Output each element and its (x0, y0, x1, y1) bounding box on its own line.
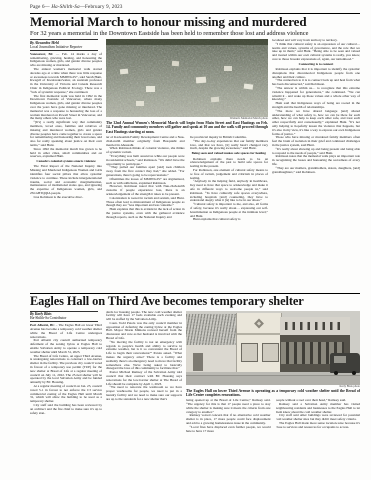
paragraph: Hunt explains that this is evident in th… (106, 208, 185, 219)
article1-column-1: By Alexandra Mehl Local Journalism Initi… (30, 39, 102, 291)
storefront-window (262, 343, 279, 362)
parked-truck (330, 353, 360, 373)
paragraph: “I think that cultural safety is an expr… (272, 43, 360, 62)
article1-byline: By Alexandra Mehl Local Journalism Initi… (30, 39, 98, 51)
article2-headline: Eagles Hall on Third Ave becomes tempora… (30, 295, 360, 309)
march-banner (120, 69, 128, 75)
article1-columns: By Alexandra Mehl Local Journalism Initi… (30, 39, 360, 291)
paragraph: The annual women's memorial walk started… (30, 68, 102, 95)
paragraph: Lisa Robinson is the executive direc- (30, 196, 102, 200)
truck-windshield (334, 356, 346, 363)
march-banner (136, 101, 144, 106)
article-eagles-hall: Eagles Hall on Third Ave becomes tempora… (30, 295, 360, 477)
paragraph: The first memorial walk was held in 1992… (30, 95, 102, 122)
folio-paper-name: Ha-Shilth-Sa (51, 5, 80, 10)
article1-column-4: localized and will vary from territory t… (272, 39, 360, 291)
storefront-window (241, 343, 258, 362)
article1-headline: Memorial March to honour missing and mur… (30, 15, 360, 29)
byline-role: Ha-Shilth-Sa Contributor (30, 316, 98, 320)
article2-column-1: By Karly Blats Ha-Shilth-Sa Contributor … (30, 311, 102, 477)
article1-column-3: the provincial inquiry in British Columb… (190, 136, 269, 288)
page-folio: Page 6— Ha-Shilth-Sa—February 9, 2023 (30, 5, 360, 11)
section-subheading: Being seen and valued makes safe spaces … (192, 152, 267, 156)
march-banner (196, 77, 206, 84)
upper-windows-row (285, 322, 344, 330)
article1-column-2: ter of Kackaamin Family Development Cent… (106, 136, 185, 288)
article1-photo-caption: The 32nd Annual Women's Memorial March w… (106, 121, 268, 134)
eagles-emblem (254, 318, 264, 328)
article1-subhead: For 32 years a memorial in the Downtown … (30, 30, 360, 37)
article2-photo-block: Karly Blats photo The Eagles Hall on low… (186, 311, 360, 477)
folio-date: —February 9, 2023 (80, 5, 123, 10)
paragraph: The Final Report of the National Inquiry… (30, 165, 102, 195)
facade-cornice (237, 333, 281, 335)
memorial-march-photo (106, 39, 268, 117)
article2-column-4: people without a roof over their head,” … (276, 399, 361, 471)
truck-wheel (334, 371, 338, 375)
march-banner (211, 97, 219, 103)
paragraph: being opened up at the Bread of Life Cen… (186, 399, 271, 414)
folio-page-number: Page 6— (30, 5, 51, 10)
paragraph: “The answer is within us… to recognize t… (272, 87, 360, 102)
article1-middle-columns: ter of Kackaamin Family Development Cent… (106, 136, 268, 288)
article2-column-2: dards for housing people. The new cold w… (106, 311, 182, 477)
article2-lower-columns: being opened up at the Bread of Life Cen… (186, 399, 360, 471)
paragraph: At a regular meeting of council on Jan. … (30, 385, 102, 404)
paragraph: Port Alberni, BC – The Eagles Hall on lo… (30, 324, 102, 339)
article2-column-3: being opened up at the Bread of Life Cen… (186, 399, 271, 471)
paragraph: Vancouver, BC — Feb. 14 marks a day of r… (30, 53, 102, 68)
paragraph: “[It's] a really significant way that co… (30, 121, 102, 148)
building-left-door (193, 353, 203, 372)
march-banner (172, 61, 179, 67)
march-banner (146, 86, 155, 92)
eagles-hall-photo (186, 311, 360, 385)
article2-byline: By Karly Blats Ha-Shilth-Sa Contributor (30, 311, 98, 323)
paragraph: Hunt explains that cultural safety is (190, 218, 269, 222)
metal-roof (186, 314, 238, 345)
byline-role: Local Journalism Initiative Reporter (30, 45, 98, 49)
eagles-hall-facade (236, 313, 282, 372)
paragraph: “Anybody in the helping field, anybody i… (190, 180, 269, 203)
paragraph: “No moving the facility is not an emerge… (106, 341, 182, 371)
paragraph: “Cultural safety is important to me, and… (190, 203, 269, 218)
paragraph: “Local fires have displaced even further… (186, 426, 271, 434)
paragraph: “The more we have shared language [and] … (272, 110, 360, 137)
paragraph: “The day-to-day experiences that our fam… (190, 140, 269, 151)
article-memorial-march: Memorial March to honour missing and mur… (30, 15, 360, 291)
eagles-emblem-core (257, 321, 262, 326)
paragraph: “They are our mothers, grandmothers, sis… (272, 167, 360, 175)
march-banner (224, 66, 232, 71)
paragraph: “We need to renovate the washroom so we … (106, 386, 182, 401)
paragraph: Coun. Todd Patola was the only council m… (106, 322, 182, 341)
paragraph: The Eagles Hall made more sense location… (276, 422, 361, 430)
street-curb (186, 375, 360, 376)
paragraph: Port Alberni city council authorized tem… (30, 339, 102, 354)
article2-photo-caption: The Eagles Hall on lower Third Avenue is… (186, 389, 360, 398)
paragraph: City staff said the building has been re… (30, 404, 102, 415)
newspaper-page: Page 6— Ha-Shilth-Sa—February 9, 2023 Me… (0, 0, 371, 480)
article1-photo-block: Women's Memorial March photo The 32nd An… (106, 39, 268, 291)
article2-columns: By Karly Blats Ha-Shilth-Sa Contributor … (30, 311, 360, 477)
paragraph: The Bread of Life Centre, on upper Third… (30, 355, 102, 385)
paragraph: Since 1992 the memorial march has grown … (30, 148, 102, 159)
